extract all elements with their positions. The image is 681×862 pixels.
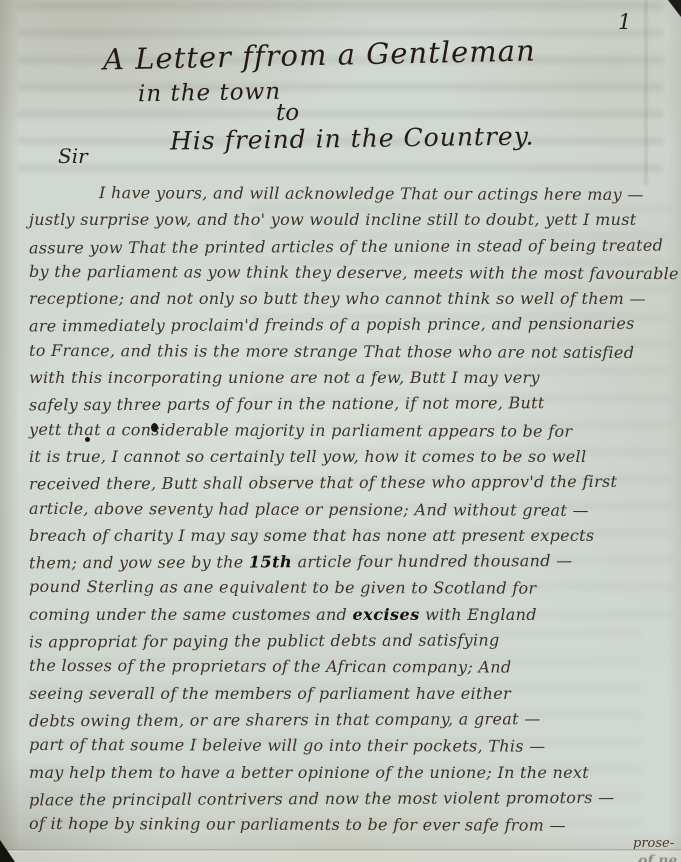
- body-line: to France, and this is the more strange …: [29, 341, 674, 370]
- line-text: coming under the same customes and: [29, 605, 352, 624]
- body-line: assure yow That the printed articles of …: [29, 235, 674, 264]
- body-line: with this incorporating unione are not a…: [29, 368, 674, 394]
- body-line: debts owing them, or are sharers in that…: [29, 709, 674, 738]
- body-line: by the parliament as yow think they dese…: [29, 262, 674, 291]
- title-line-3: to: [276, 100, 299, 126]
- ink-blot: [85, 437, 90, 442]
- body-line: breach of charity I may say some that ha…: [29, 526, 674, 552]
- title-line-2: in the town: [138, 79, 281, 107]
- title-line-4: His freind in the Countrey.: [170, 121, 535, 155]
- body-line: yett that a considerable majority in par…: [29, 420, 674, 449]
- verso-bleedthrough-top: [18, 2, 663, 187]
- body-line: of it hope by sinking our parliaments to…: [29, 814, 674, 843]
- ink-blot: [151, 423, 158, 432]
- bold-15th-article: 15th: [249, 552, 292, 571]
- body-line: it is true, I cannot so certainly tell y…: [29, 447, 674, 473]
- body-line: pound Sterling as ane equivalent to be g…: [29, 577, 674, 606]
- body-line: may help them to have a better opinione …: [29, 763, 674, 789]
- body-line: receptione; and not only so butt they wh…: [29, 289, 674, 315]
- letter-body: I have yours, and will acknowledge That …: [29, 184, 674, 841]
- body-line: the losses of the proprietars of the Afr…: [29, 656, 674, 685]
- body-line: place the principall contrivers and now …: [29, 787, 674, 816]
- line-text: with England: [420, 605, 537, 624]
- body-line: seeing severall of the members of parlia…: [29, 684, 674, 710]
- fold-strip: [0, 852, 681, 862]
- page-number: 1: [618, 10, 631, 34]
- body-line-with-bold-excises: coming under the same customes and excis…: [29, 605, 674, 631]
- body-line: part of that soume I beleive will go int…: [29, 735, 674, 764]
- line-text: them; and yow see by the: [29, 553, 249, 573]
- bold-excises-word: excises: [352, 605, 419, 624]
- manuscript-page: 1 A Letter ffrom a Gentleman in the town…: [0, 0, 681, 862]
- vertical-crease: [645, 0, 647, 185]
- body-line: safely say three parts of four in the na…: [29, 393, 674, 422]
- line-text: article four hundred thousand —: [292, 551, 572, 571]
- body-line: article, above seventy had place or pens…: [29, 498, 674, 527]
- body-line: is appropriat for paying the publict deb…: [29, 630, 674, 659]
- salutation: Sir: [58, 144, 88, 168]
- body-line: justly surprise yow, and tho' yow would …: [29, 210, 674, 236]
- body-line-with-bold-15th: them; and yow see by the 15th article fo…: [29, 551, 674, 580]
- body-line: are immediately proclaim'd freinds of a …: [29, 314, 674, 343]
- body-line: I have yours, and will acknowledge That …: [29, 183, 674, 212]
- body-line: received there, Butt shall observe that …: [29, 472, 674, 501]
- title-line-1: A Letter ffrom a Gentleman: [103, 33, 536, 76]
- corner-mark-top-right: [668, 0, 681, 17]
